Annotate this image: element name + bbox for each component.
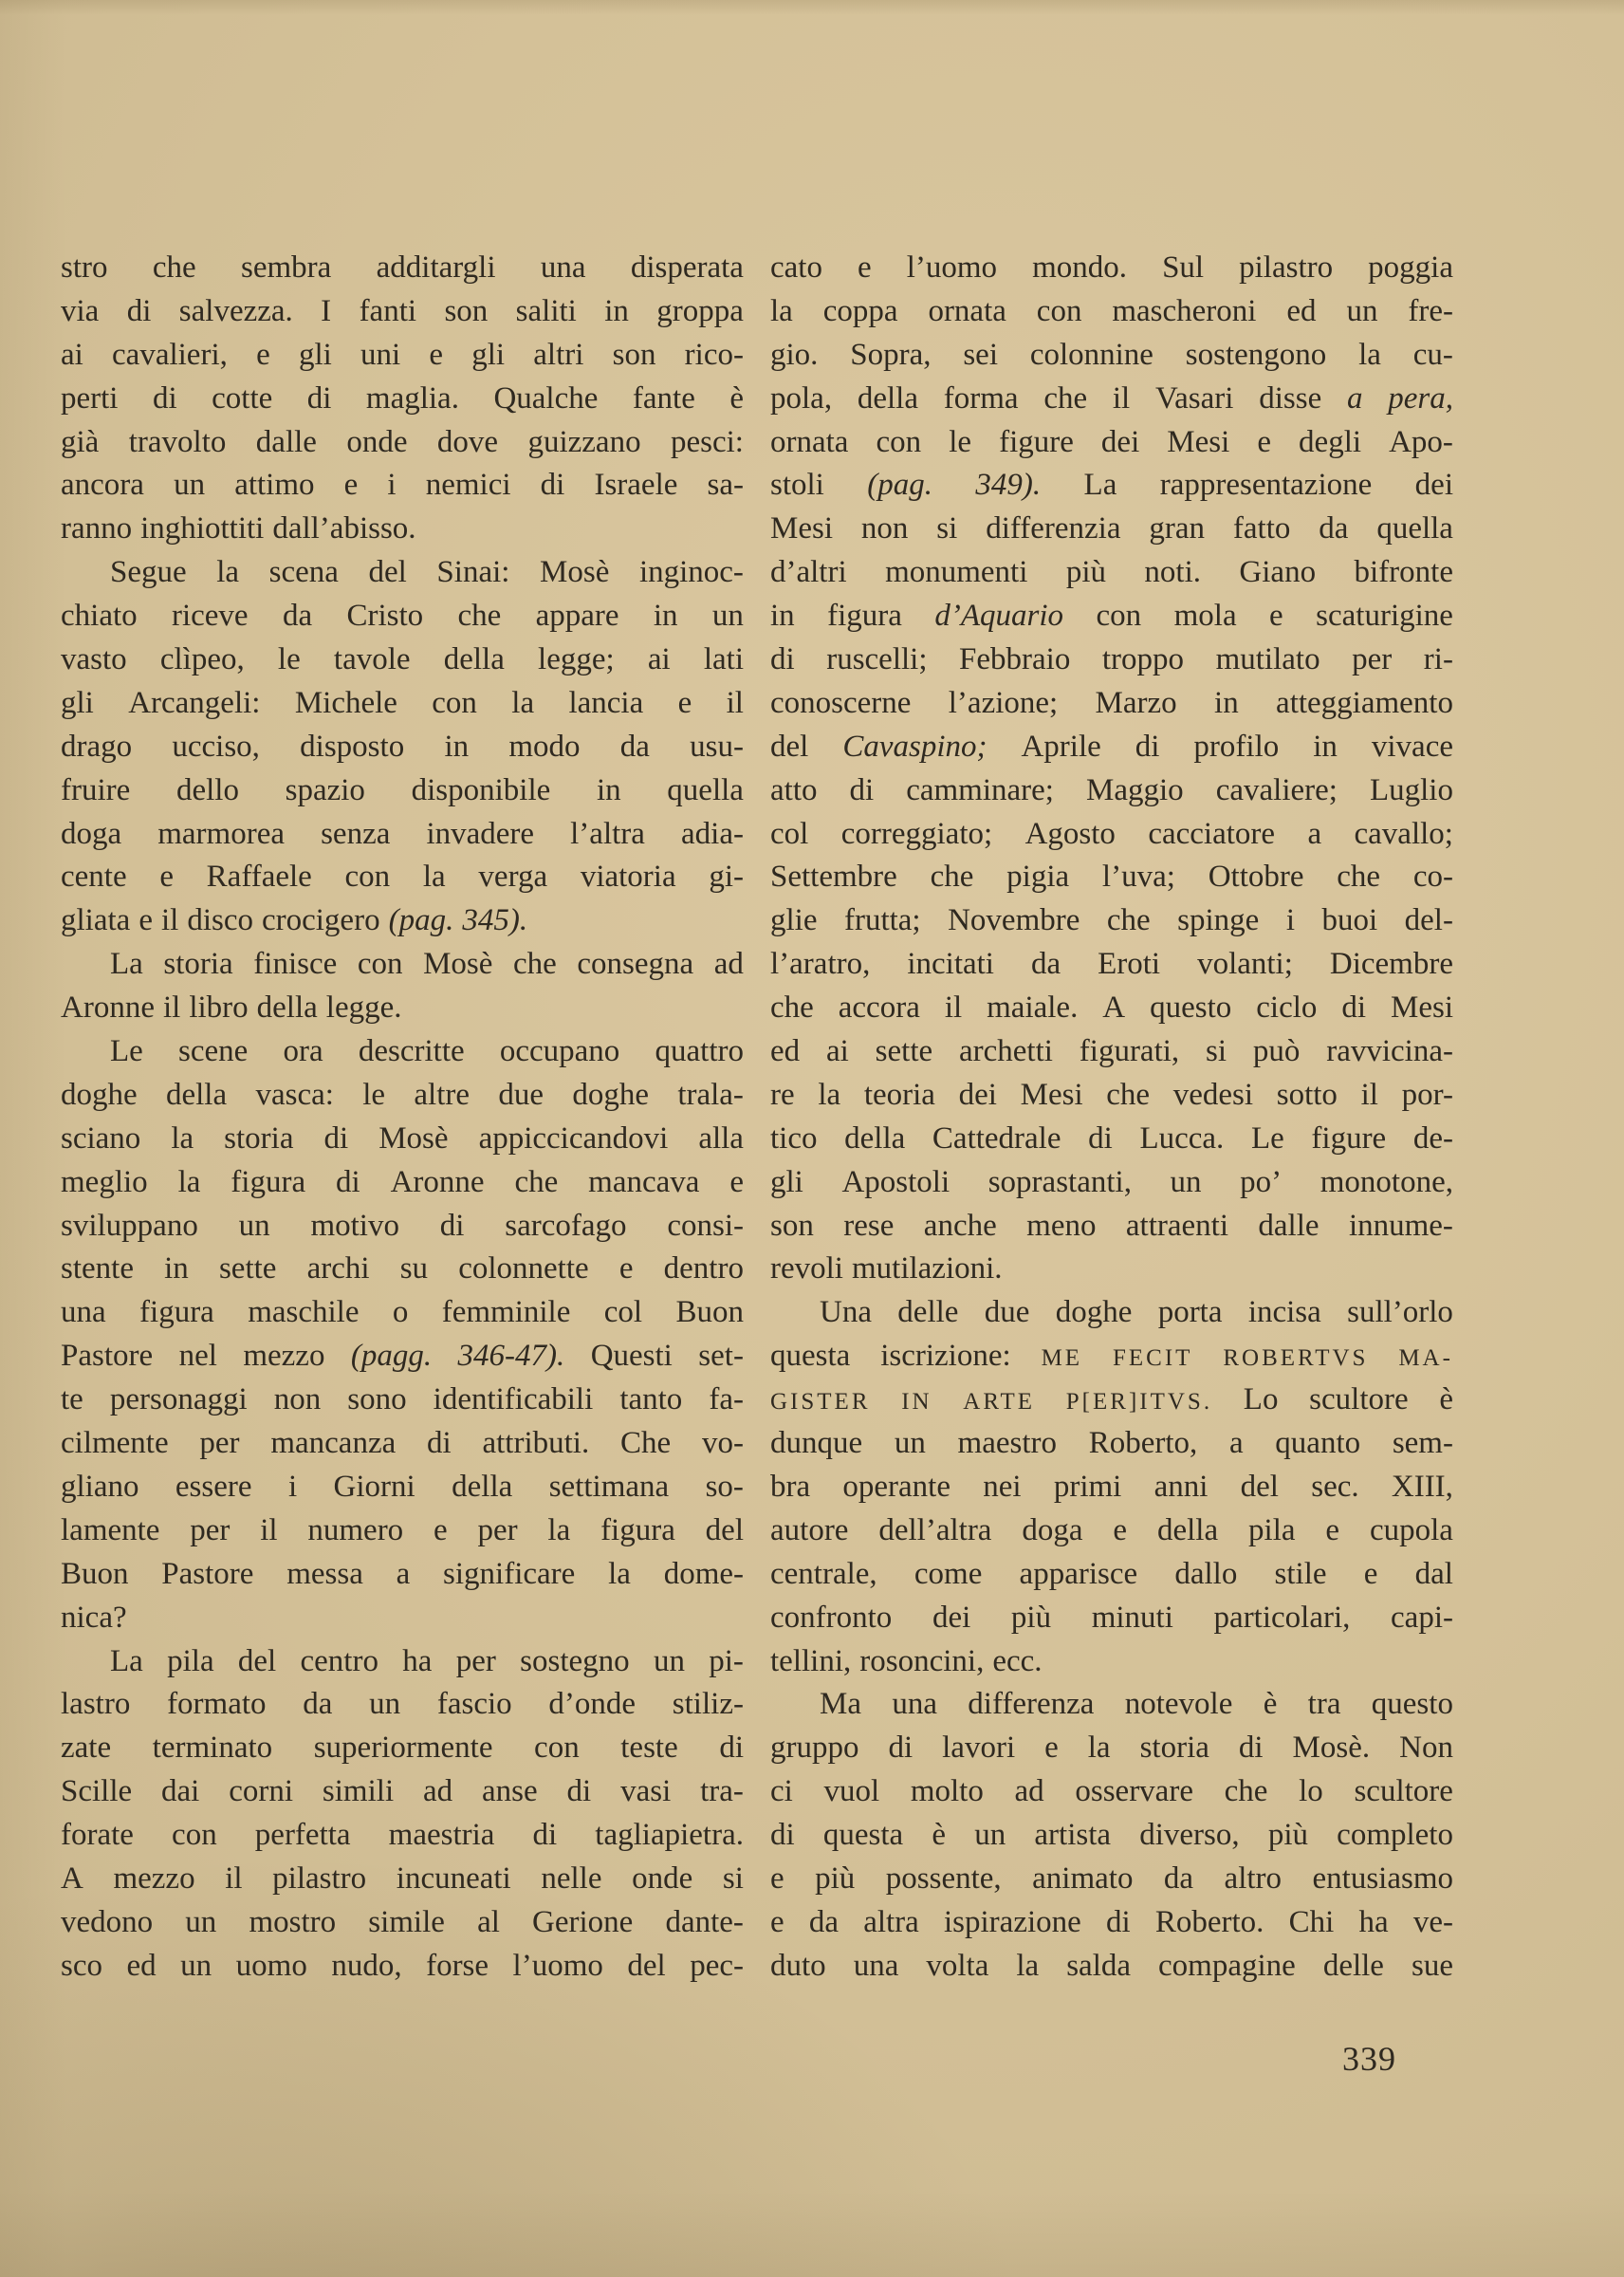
text-line: attodicamminare;Maggiocavaliere;Luglio	[770, 769, 1453, 813]
text-line: rannoinghiottitidall’abisso.	[61, 508, 744, 551]
text-line: aicavalieri,egliunieglialtrisonrico-	[61, 334, 744, 378]
text-line: Pastorenelmezzo(pagg.346-47).Questiset-	[61, 1335, 744, 1379]
text-line: edaisettearchettifigurati,sipuòravvicina…	[770, 1030, 1453, 1074]
text-line: Aronneillibrodellalegge.	[61, 987, 744, 1030]
text-line: gruppodilavorielastoriadiMosè.Non	[770, 1727, 1453, 1770]
text-line: giàtravoltodalleondedoveguizzanopesci:	[61, 421, 744, 465]
text-line: ornataconlefiguredeiMesiedegliApo-	[770, 421, 1453, 465]
text-line: dunqueunmaestroRoberto,aquantosem-	[770, 1422, 1453, 1466]
text-line: gliArcangeli:Micheleconlalanciaeil	[61, 682, 744, 726]
text-line: Amezzoilpilastroincuneatinelleondesi	[61, 1858, 744, 1901]
text-line: l’aratro,incitatidaErotivolanti;Dicembre	[770, 943, 1453, 987]
text-line: delCavaspino;Aprilediprofiloinvivace	[770, 726, 1453, 769]
text-line: dogamarmoreasenzainvaderel’altraadia-	[61, 813, 744, 857]
text-line: lamenteperilnumeroeperlafiguradel	[61, 1509, 744, 1553]
text-line: cilmentepermancanzadiattributi.Chevo-	[61, 1422, 744, 1466]
text-line: infigurad’Aquarioconmolaescaturigine	[770, 595, 1453, 639]
text-column-left: strochesembraadditargliunadisperataviadi…	[61, 247, 744, 1989]
text-line: braoperanteneiprimiannidelsec.XIII,	[770, 1466, 1453, 1509]
text-line: strochesembraadditargliunadisperata	[61, 247, 744, 290]
text-line: LastoriafinisceconMosècheconsegnaad	[61, 943, 744, 987]
text-line: ancoraunattimoeinemicidiIsraelesa-	[61, 464, 744, 508]
text-line: sonreseanchemenoattraentidalleinnume-	[770, 1205, 1453, 1249]
text-line: sviluppanounmotivodisarcofagoconsi-	[61, 1205, 744, 1249]
text-line: epiùpossente,animatodaaltroentusiasmo	[770, 1858, 1453, 1901]
text-line: stenteinsettearchisucolonnetteedentro	[61, 1248, 744, 1291]
text-line: centrale,comeappariscedallostileedal	[770, 1553, 1453, 1597]
text-line: vastoclìpeo,letavoledellalegge;ailati	[61, 639, 744, 682]
text-line: autoredell’altradogaedellapilaecupola	[770, 1509, 1453, 1553]
text-line: viadisalvezza.Ifantisonsalitiingroppa	[61, 290, 744, 334]
text-line: scianolastoriadiMosèappiccicandovialla	[61, 1118, 744, 1161]
text-line: ticodellaCattedralediLucca.Lefigurede-	[770, 1118, 1453, 1161]
text-line: cheaccorailmaiale.AquestociclodiMesi	[770, 987, 1453, 1030]
text-line: diquestaèunartistadiverso,piùcompleto	[770, 1814, 1453, 1858]
text-line: glianoessereiGiornidellasettimanaso-	[61, 1466, 744, 1509]
text-line: nica?	[61, 1597, 744, 1640]
page-number: 339	[1301, 2040, 1396, 2078]
text-line: conoscernel’azione;Marzoinatteggiamento	[770, 682, 1453, 726]
text-line: dragoucciso,dispostoinmododausu-	[61, 726, 744, 769]
text-line: colcorreggiato;Agostocacciatoreacavallo;	[770, 813, 1453, 857]
text-line: megliolafiguradiAronnechemancavae	[61, 1161, 744, 1205]
text-line: lastroformatodaunfasciod’ondestiliz-	[61, 1683, 744, 1727]
text-line: gliataeildiscocrocigero(pag.345).	[61, 899, 744, 943]
text-line: civuolmoltoadosservarecheloscultore	[770, 1770, 1453, 1814]
text-line: stoli(pag.349).Larappresentazionedei	[770, 464, 1453, 508]
text-line: pola,dellaformacheilVasaridisseapera,	[770, 378, 1453, 421]
text-line: gliApostolisoprastanti,unpo’monotone,	[770, 1161, 1453, 1205]
text-line: diruscelli;Febbraiotroppomutilatoperri-	[770, 639, 1453, 682]
text-line: Lesceneoradescritteoccupanoquattro	[61, 1030, 744, 1074]
text-line: revolimutilazioni.	[770, 1248, 1453, 1291]
text-line: pertidicottedimaglia.Qualchefanteè	[61, 378, 744, 421]
text-line: doghedellavasca:lealtreduedoghetrala-	[61, 1074, 744, 1118]
text-line: gio.Sopra,seicolonninesostengonolacu-	[770, 334, 1453, 378]
text-line: GISTERINARTEP[ER]ITVS.Loscultoreè	[770, 1379, 1453, 1422]
text-line: fruiredellospaziodisponibileinquella	[61, 769, 744, 813]
text-line: Maunadifferenzanotevoleètraquesto	[770, 1683, 1453, 1727]
book-page: { "page": { "number": "339", "paper_colo…	[0, 0, 1624, 2277]
text-line: edaaltraispirazionediRoberto.Chihave-	[770, 1901, 1453, 1945]
text-line: Lapiladelcentrohapersostegnounpi-	[61, 1640, 744, 1684]
text-line: tellini,rosoncini,ecc.	[770, 1640, 1453, 1684]
text-line: questaiscrizione:MEFECITROBERTVSMA-	[770, 1335, 1453, 1379]
text-line: BuonPastoremessaasignificareladome-	[61, 1553, 744, 1597]
text-line: Mesinonsidifferenziagranfattodaquella	[770, 508, 1453, 551]
text-line: SeguelascenadelSinai:Mosèinginoc-	[61, 551, 744, 595]
text-line: unafiguramaschileofemminilecolBuon	[61, 1291, 744, 1335]
text-line: d’altrimonumentipiùnoti.Gianobifronte	[770, 551, 1453, 595]
text-line: catoel’uomomondo.Sulpilastropoggia	[770, 247, 1453, 290]
text-line: lacoppaornataconmascheroniedunfre-	[770, 290, 1453, 334]
text-line: vedonounmostrosimilealGerionedante-	[61, 1901, 744, 1945]
text-line: Settembrechepigial’uva;Ottobrecheco-	[770, 856, 1453, 899]
text-line: Unadelleduedogheportaincisasull’orlo	[770, 1291, 1453, 1335]
text-line: confrontodeipiùminutiparticolari,capi-	[770, 1597, 1453, 1640]
text-line: chiatoricevedaCristocheappareinun	[61, 595, 744, 639]
text-line: zateterminatosuperiormentecontestedi	[61, 1727, 744, 1770]
text-line: gliefrutta;Novembrechespingeibuoidel-	[770, 899, 1453, 943]
text-line: tepersonagginonsonoidentificabilitantofa…	[61, 1379, 744, 1422]
text-line: Scilledaicornisimiliadansedivasitra-	[61, 1770, 744, 1814]
text-line: centeeRaffaeleconlavergaviatoriagi-	[61, 856, 744, 899]
text-line: forateconperfettamaestriaditagliapietra.	[61, 1814, 744, 1858]
text-line: relateoriadeiMesichevedesisottoilpor-	[770, 1074, 1453, 1118]
text-column-right: catoel’uomomondo.Sulpilastropoggialacopp…	[770, 247, 1453, 1989]
text-line: scoedunuomonudo,forsel’uomodelpec-	[61, 1945, 744, 1989]
text-line: dutounavoltalasaldacompaginedellesue	[770, 1945, 1453, 1989]
